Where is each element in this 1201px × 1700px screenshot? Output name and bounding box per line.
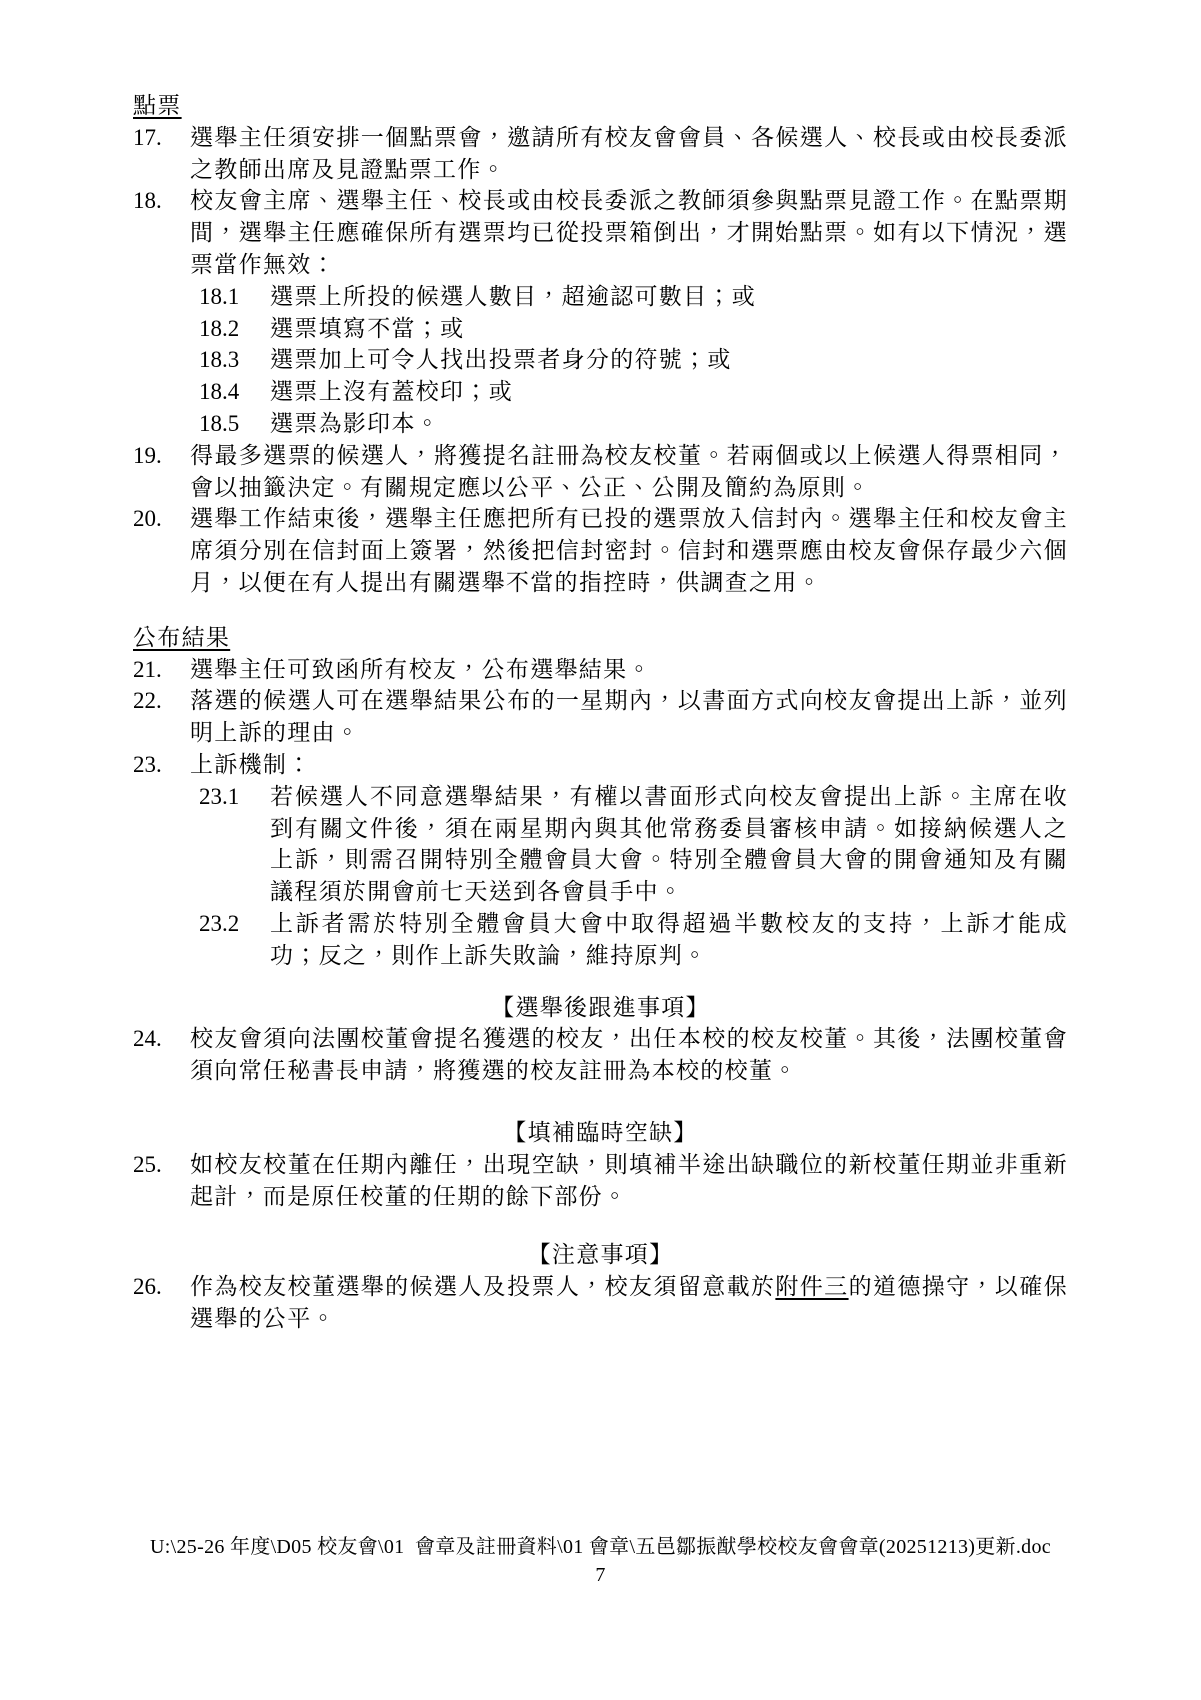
sub-list-item: 18.2 選票填寫不當；或	[199, 313, 1068, 345]
page-content: 點票 17. 選舉主任須安排一個點票會，邀請所有校友會會員、各候選人、校長或由校…	[133, 90, 1068, 1335]
item-number: 21.	[133, 654, 162, 686]
sub-item-number: 18.5	[199, 408, 239, 440]
sub-item-text: 選票為影印本。	[270, 411, 440, 436]
item-number: 25.	[133, 1149, 162, 1181]
list-item: 18. 校友會主席、選舉主任、校長或由校長委派之教師須參與點票見證工作。在點票期…	[133, 185, 1068, 439]
item-text: 作為校友校董選舉的候選人及投票人，校友須留意載於附件三的道德操守，以確保選舉的公…	[190, 1274, 1068, 1331]
item-number: 20.	[133, 503, 162, 535]
sub-item-text: 上訴者需於特別全體會員大會中取得超過半數校友的支持，上訴才能成功；反之，則作上訴…	[270, 911, 1068, 968]
item-text: 得最多選票的候選人，將獲提名註冊為校友校董。若兩個或以上候選人得票相同，會以抽籤…	[190, 443, 1068, 500]
sub-list: 23.1 若候選人不同意選舉結果，有權以書面形式向校友會提出上訴。主席在收到有關…	[199, 781, 1068, 972]
list-item: 23. 上訴機制： 23.1 若候選人不同意選舉結果，有權以書面形式向校友會提出…	[133, 749, 1068, 972]
item-text: 選舉主任可致函所有校友，公布選舉結果。	[190, 657, 652, 682]
sub-item-text: 選票上沒有蓋校印；或	[270, 379, 513, 404]
section-heading-text: 公布結果	[133, 625, 230, 650]
item-number: 23.	[133, 749, 162, 781]
sub-item-text: 若候選人不同意選舉結果，有權以書面形式向校友會提出上訴。主席在收到有關文件後，須…	[270, 784, 1068, 904]
list-item: 22. 落選的候選人可在選舉結果公布的一星期內，以書面方式向校友會提出上訴，並列…	[133, 685, 1068, 749]
list-item: 19. 得最多選票的候選人，將獲提名註冊為校友校董。若兩個或以上候選人得票相同，…	[133, 440, 1068, 504]
item-number: 17.	[133, 122, 162, 154]
page-footer: U:\25-26 年度\D05 校友會\01 會章及註冊資料\01 會章\五邑鄒…	[0, 1534, 1201, 1588]
item-text: 落選的候選人可在選舉結果公布的一星期內，以書面方式向校友會提出上訴，並列明上訴的…	[190, 688, 1068, 745]
section-heading-announce-results: 公布結果	[133, 622, 1068, 654]
list-item: 25. 如校友校董在任期內離任，出現空缺，則填補半途出缺職位的新校董任期並非重新…	[133, 1149, 1068, 1213]
section-announce-results: 公布結果 21. 選舉主任可致函所有校友，公布選舉結果。 22. 落選的候選人可…	[133, 622, 1068, 972]
sub-list-item: 18.5 選票為影印本。	[199, 408, 1068, 440]
sub-item-number: 23.2	[199, 908, 239, 940]
footer-file-path: U:\25-26 年度\D05 校友會\01 會章及註冊資料\01 會章\五邑鄒…	[0, 1534, 1201, 1560]
section-casual-vacancy: 【填補臨時空缺】 25. 如校友校董在任期內離任，出現空缺，則填補半途出缺職位的…	[133, 1117, 1068, 1212]
list-item: 26. 作為校友校董選舉的候選人及投票人，校友須留意載於附件三的道德操守，以確保…	[133, 1271, 1068, 1335]
banner-heading-casual-vacancy: 【填補臨時空缺】	[133, 1117, 1068, 1149]
sub-list-item: 23.2 上訴者需於特別全體會員大會中取得超過半數校友的支持，上訴才能成功；反之…	[199, 908, 1068, 972]
sub-item-number: 18.1	[199, 281, 239, 313]
item-number: 18.	[133, 185, 162, 217]
item-number: 19.	[133, 440, 162, 472]
item-text: 上訴機制：	[190, 752, 312, 777]
sub-item-text: 選票加上可令人找出投票者身分的符號；或	[270, 347, 732, 372]
sub-list-item: 18.1 選票上所投的候選人數目，超逾認可數目；或	[199, 281, 1068, 313]
item-number: 26.	[133, 1271, 162, 1303]
banner-heading-followup: 【選舉後跟進事項】	[133, 992, 1068, 1024]
sub-item-number: 18.2	[199, 313, 239, 345]
document-page: 點票 17. 選舉主任須安排一個點票會，邀請所有校友會會員、各候選人、校長或由校…	[0, 0, 1201, 1700]
item-text: 選舉主任須安排一個點票會，邀請所有校友會會員、各候選人、校長或由校長委派之教師出…	[190, 125, 1068, 182]
sub-list-item: 18.4 選票上沒有蓋校印；或	[199, 376, 1068, 408]
item-text: 校友會須向法團校董會提名獲選的校友，出任本校的校友校董。其後，法團校董會須向常任…	[190, 1026, 1068, 1083]
section-heading-text: 點票	[133, 93, 182, 118]
section-heading-vote-counting: 點票	[133, 90, 1068, 122]
section-post-election-followup: 【選舉後跟進事項】 24. 校友會須向法團校董會提名獲選的校友，出任本校的校友校…	[133, 992, 1068, 1087]
sub-list: 18.1 選票上所投的候選人數目，超逾認可數目；或 18.2 選票填寫不當；或 …	[199, 281, 1068, 440]
item-number: 24.	[133, 1023, 162, 1055]
list-item: 24. 校友會須向法團校董會提名獲選的校友，出任本校的校友校董。其後，法團校董會…	[133, 1023, 1068, 1087]
sub-item-text: 選票上所投的候選人數目，超逾認可數目；或	[270, 284, 756, 309]
sub-item-number: 23.1	[199, 781, 239, 813]
item-text: 如校友校董在任期內離任，出現空缺，則填補半途出缺職位的新校董任期並非重新起計，而…	[190, 1152, 1068, 1209]
section-vote-counting: 點票 17. 選舉主任須安排一個點票會，邀請所有校友會會員、各候選人、校長或由校…	[133, 90, 1068, 599]
item-text: 校友會主席、選舉主任、校長或由校長委派之教師須參與點票見證工作。在點票期間，選舉…	[190, 188, 1068, 277]
page-number: 7	[0, 1562, 1201, 1588]
sub-item-text: 選票填寫不當；或	[270, 316, 464, 341]
sub-item-number: 18.4	[199, 376, 239, 408]
sub-item-number: 18.3	[199, 344, 239, 376]
banner-heading-points-to-note: 【注意事項】	[133, 1239, 1068, 1271]
item-number: 22.	[133, 685, 162, 717]
list-item: 21. 選舉主任可致函所有校友，公布選舉結果。	[133, 654, 1068, 686]
item-text-before: 作為校友校董選舉的候選人及投票人，校友須留意載於	[190, 1274, 775, 1299]
sub-list-item: 23.1 若候選人不同意選舉結果，有權以書面形式向校友會提出上訴。主席在收到有關…	[199, 781, 1068, 908]
item-text: 選舉工作結束後，選舉主任應把所有已投的選票放入信封內。選舉主任和校友會主席須分別…	[190, 506, 1068, 595]
list-item: 17. 選舉主任須安排一個點票會，邀請所有校友會會員、各候選人、校長或由校長委派…	[133, 122, 1068, 186]
section-points-to-note: 【注意事項】 26. 作為校友校董選舉的候選人及投票人，校友須留意載於附件三的道…	[133, 1239, 1068, 1334]
list-item: 20. 選舉工作結束後，選舉主任應把所有已投的選票放入信封內。選舉主任和校友會主…	[133, 503, 1068, 598]
sub-list-item: 18.3 選票加上可令人找出投票者身分的符號；或	[199, 344, 1068, 376]
appendix-three-reference: 附件三	[775, 1274, 848, 1299]
